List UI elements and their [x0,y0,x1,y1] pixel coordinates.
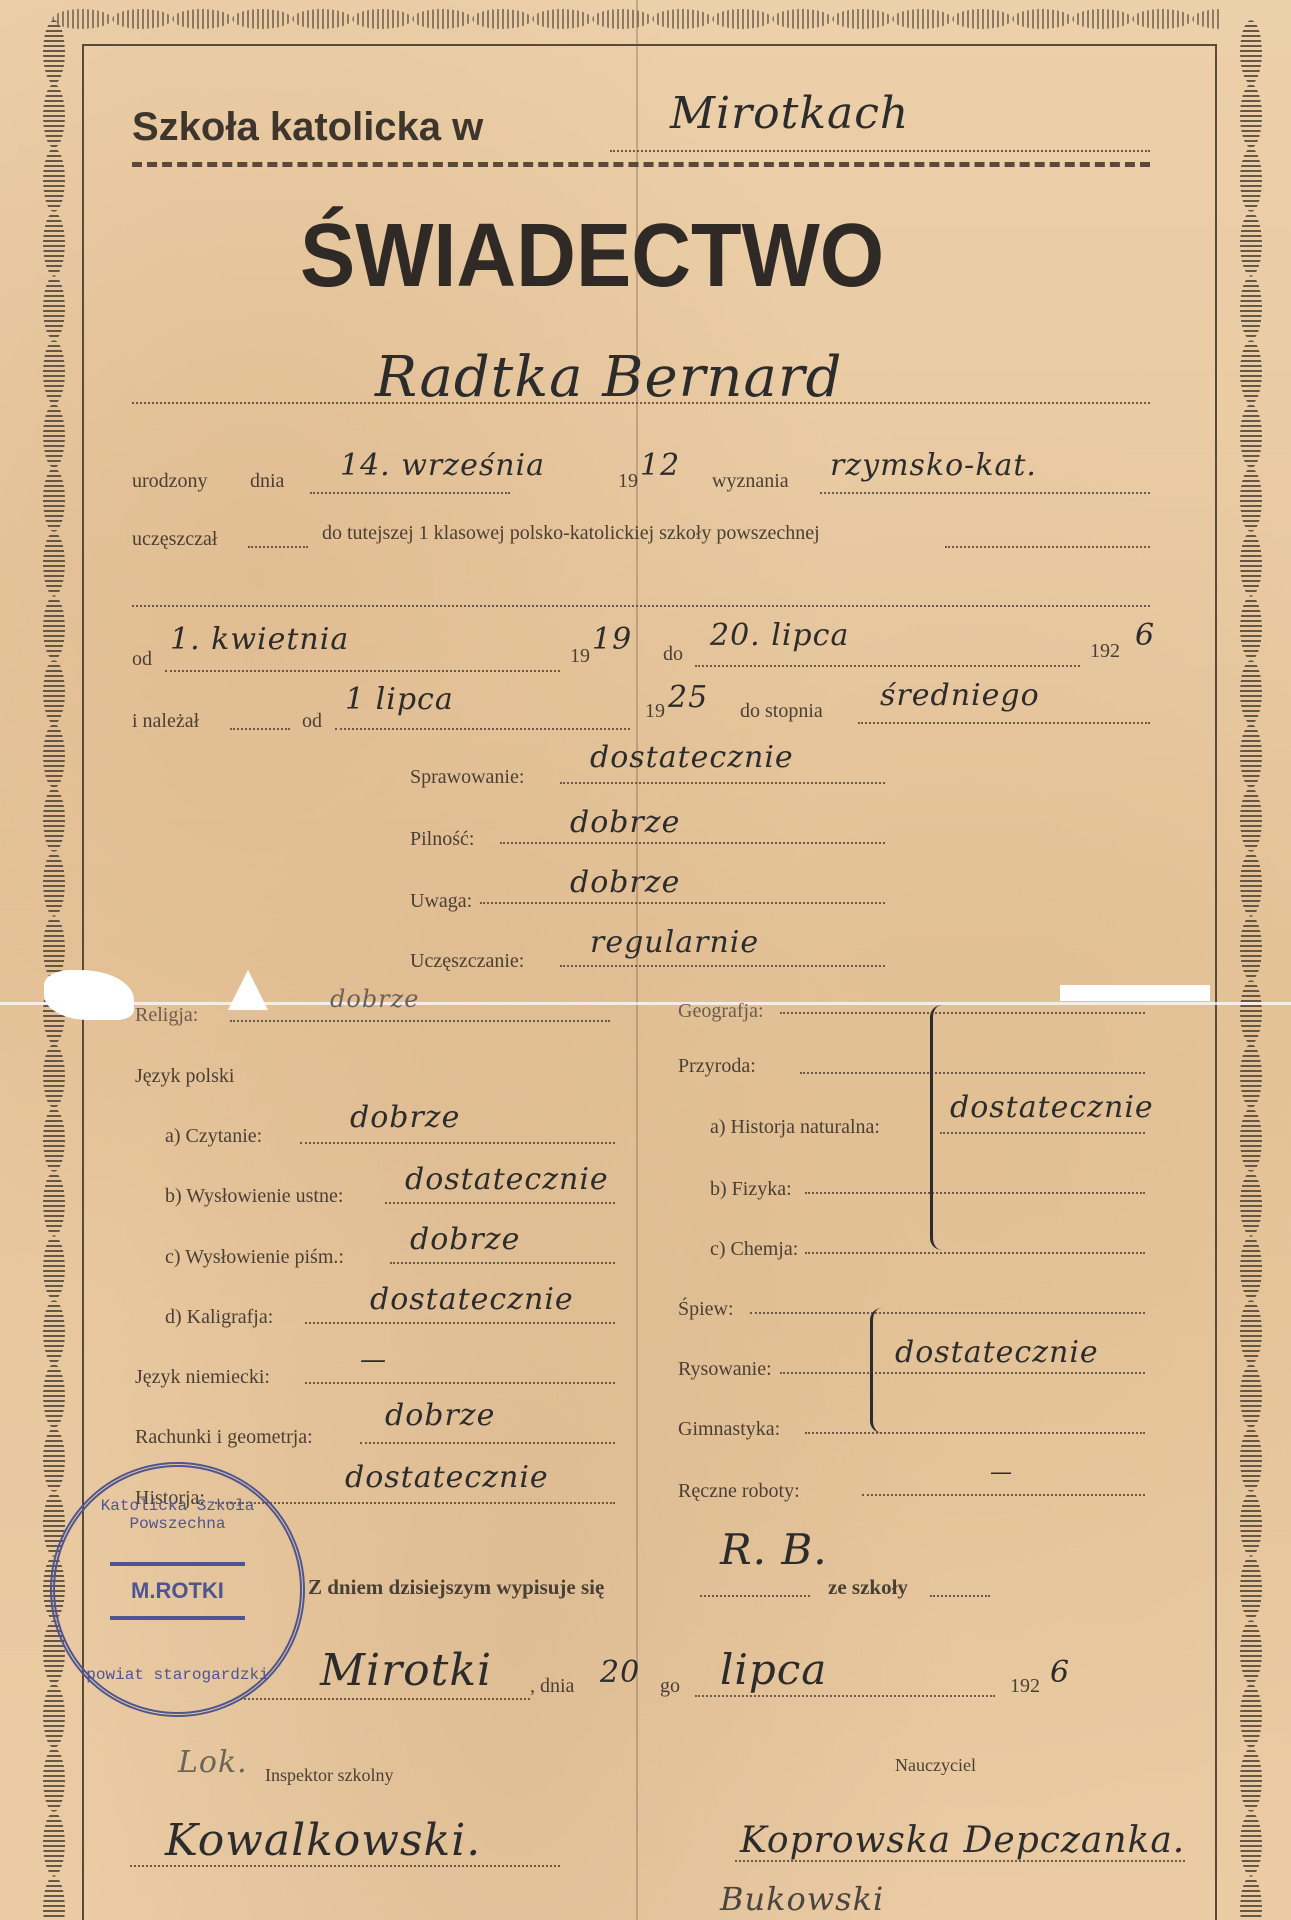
dotted-line [385,1202,615,1204]
dotted-line [930,1595,990,1597]
subject-label-religion: Religja: [135,1004,198,1027]
teacher-signature-2: Bukowski [720,1880,884,1918]
subject-value: dobrze [410,1222,520,1257]
dotted-line [130,1865,560,1867]
dotted-line [780,1372,1145,1374]
discharge-day: 20 [600,1655,640,1690]
dotted-line [862,1494,1145,1496]
dotted-line [940,1132,1145,1134]
subject-value: dobrze [350,1100,460,1135]
dotted-line [805,1432,1145,1434]
dotted-line [230,1020,610,1022]
from-date: 1. kwietnia [170,622,349,657]
dotted-line [230,728,290,730]
subject-value-religion: dobrze [330,985,420,1013]
subject-value-handwork: — [990,1460,1013,1485]
grade-brace [870,1308,885,1433]
subject-label: b) Fizyka: [710,1178,792,1201]
discharge-initials: R. B. [720,1525,828,1574]
subject-label: c) Chemja: [710,1238,798,1261]
to-year: 6 [1135,618,1155,653]
conduct-label: Sprawowanie: [410,766,524,789]
belonged-from-date: 1 lipca [345,682,454,717]
subject-label: a) Czytanie: [165,1125,262,1148]
subject-label: Śpiew: [678,1298,734,1321]
dotted-line [132,605,1150,607]
conduct-label: Pilność: [410,828,474,851]
discharge-text-end: ze szkoły [828,1575,908,1600]
inspector-label: Inspektor szkolny [265,1765,393,1786]
birth-date: 14. września [340,448,545,483]
nature-group-value: dostatecznie [950,1090,1154,1125]
label-to: do [663,643,683,666]
label-level: do stopnia [740,700,823,723]
dotted-line [335,728,630,730]
religion-value: rzymsko-kat. [830,448,1037,483]
teacher-signature: Koprowska Depczanka. [740,1820,1185,1861]
dotted-line [750,1312,1145,1314]
dotted-line [780,1012,1145,1014]
subject-heading-polish: Język polski [135,1065,234,1088]
conduct-label: Uczęszczanie: [410,950,524,973]
dotted-line [858,722,1150,724]
grade-brace [930,1005,947,1250]
belonged-year-prefix: 19 [645,700,665,723]
arts-group-value: dostatecznie [895,1335,1099,1370]
label-religion: wyznania [712,470,789,493]
conduct-value: dobrze [570,805,680,840]
subject-label-german: Język niemiecki: [135,1366,270,1389]
dotted-line [360,1442,615,1444]
dotted-line [695,1695,995,1697]
dotted-line [305,1322,615,1324]
subject-label: d) Kaligrafja: [165,1306,273,1329]
conduct-value: dobrze [570,865,680,900]
paper-tear [1060,985,1210,1001]
document-title: ŚWIADECTWO [300,205,884,308]
decorative-border-right [1237,20,1265,1920]
dotted-line [248,546,308,548]
subject-label: Gimnastyka: [678,1418,780,1441]
belonged-year: 25 [668,680,708,715]
dotted-line [695,665,1080,667]
conduct-label: Uwaga: [410,890,472,913]
dotted-line [820,492,1150,494]
teacher-label: Nauczyciel [895,1755,976,1776]
from-year: 19 [592,622,632,657]
subject-value-math: dobrze [385,1398,495,1433]
label-day: , dnia [530,1675,574,1698]
discharge-year: 6 [1050,1655,1070,1690]
to-date: 20. lipca [710,618,849,653]
school-type-text: do tutejszej 1 klasowej polsko-katolicki… [322,522,820,545]
subject-label: c) Wysłowienie piśm.: [165,1246,344,1269]
label-belonged-from: od [302,710,322,733]
subject-value-german: — [360,1345,387,1375]
dotted-line [390,1262,615,1264]
subject-value: dostatecznie [370,1282,574,1317]
from-year-prefix: 19 [570,645,590,668]
label-day: dnia [250,470,284,493]
label-born: urodzony [132,470,208,493]
stamp-top-text: Katolicka Szkoła Powszechna [55,1497,300,1533]
dotted-line [500,842,885,844]
dotted-line [805,1252,1145,1254]
dotted-line [805,1192,1145,1194]
subject-label-handwork: Ręczne roboty: [678,1480,800,1503]
subject-label-geography: Geografja: [678,1000,764,1023]
stamp-center-text: M.ROTKI [110,1562,245,1620]
title-divider [132,162,1150,167]
discharge-place: Mirotki [320,1645,492,1696]
dotted-line [165,670,560,672]
subject-label-math: Rachunki i geometrja: [135,1426,313,1449]
level-value: średniego [880,678,1040,713]
subject-value: dostatecznie [405,1162,609,1197]
student-name: Radtka Bernard [375,345,842,410]
dotted-line [560,965,885,967]
dotted-line [300,1142,615,1144]
conduct-value: dostatecznie [590,740,794,775]
discharge-year-prefix: 192 [1010,1675,1040,1698]
dotted-line [480,902,885,904]
school-stamp: Katolicka Szkoła Powszechna M.ROTKI powi… [50,1462,305,1717]
dotted-line [735,1860,1185,1862]
discharge-text-start: Z dniem dzisiejszym wypisuje się [308,1575,604,1600]
dotted-line [610,150,1150,152]
subject-label: Rysowanie: [678,1358,772,1381]
dotted-line [305,1382,615,1384]
stamp-bottom-text: powiat starogardzki [55,1666,300,1684]
school-location: Mirotkach [670,88,909,139]
dotted-line [945,546,1150,548]
dotted-line [560,782,885,784]
subject-label: b) Wysłowienie ustne: [165,1185,343,1208]
dotted-line [240,1698,530,1700]
inspector-signature: Kowalkowski. [165,1815,481,1866]
birth-year: 12 [640,448,680,483]
dotted-line [800,1072,1145,1074]
label-go: go [660,1675,680,1698]
inspector-prefix: Lok. [178,1745,248,1780]
dotted-line [700,1595,810,1597]
dotted-line [132,402,1150,404]
subject-value-history: dostatecznie [345,1460,549,1495]
discharge-month: lipca [720,1645,827,1694]
subject-label: a) Historja naturalna: [710,1116,880,1139]
label-belonged: i należał [132,710,199,733]
school-label: Szkoła katolicka w [132,105,483,150]
birth-year-prefix: 19 [618,470,638,493]
dotted-line [310,492,510,494]
subject-label-nature: Przyroda: [678,1055,756,1078]
label-attended: uczęszczał [132,528,217,551]
conduct-value: regularnie [590,925,759,960]
to-year-prefix: 192 [1090,640,1120,663]
label-from: od [132,648,152,671]
